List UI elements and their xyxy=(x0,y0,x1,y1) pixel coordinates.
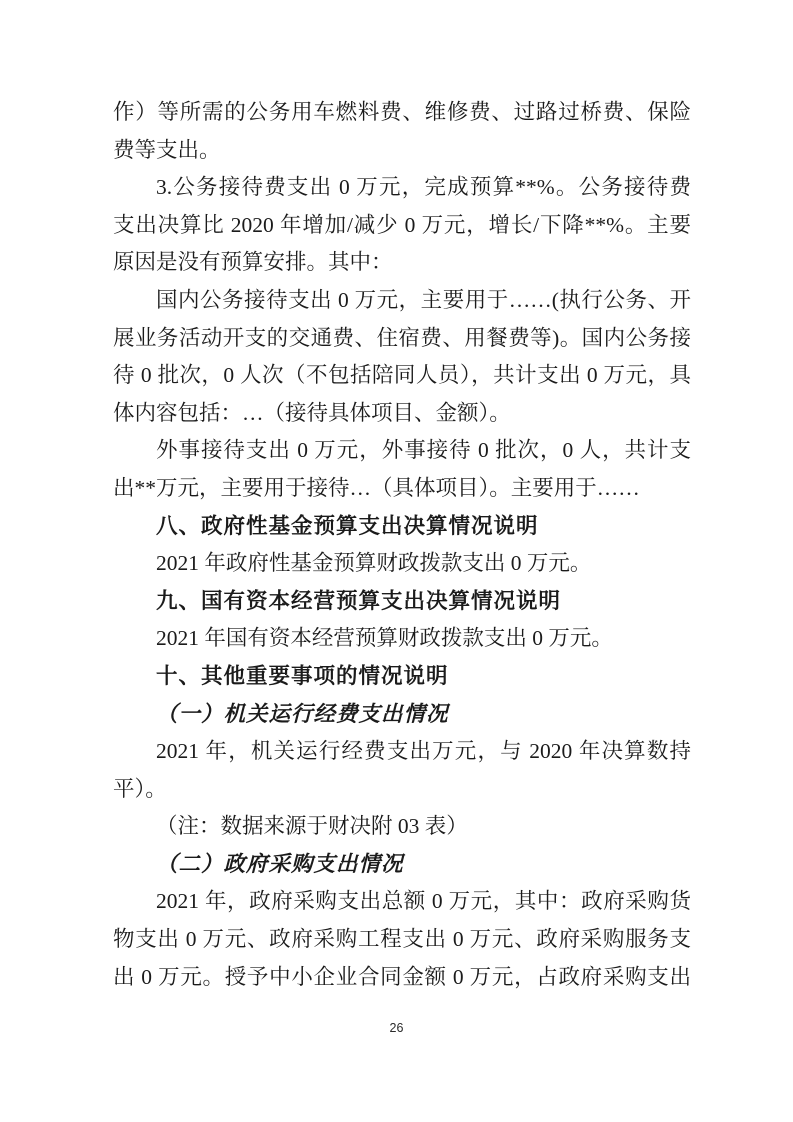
body-line: 出 0 万元。授予中小企业合同金额 0 万元，占政府采购支出 xyxy=(113,959,691,997)
body-line: 2021 年国有资本经营预算财政拨款支出 0 万元。 xyxy=(113,620,691,658)
document-body: 作）等所需的公务用车燃料费、维修费、过路过桥费、保险费等支出。3.公务接待费支出… xyxy=(113,94,691,996)
body-line: 3.公务接待费支出 0 万元，完成预算**%。公务接待费 xyxy=(113,169,691,207)
subsection-heading: （一）机关运行经费支出情况 xyxy=(113,696,691,734)
section-heading: 十、其他重要事项的情况说明 xyxy=(113,658,691,696)
body-line: 支出决算比 2020 年增加/减少 0 万元，增长/下降**%。主要 xyxy=(113,207,691,245)
body-line: 出**万元，主要用于接待…（具体项目）。主要用于…… xyxy=(113,470,691,508)
subsection-heading: （二）政府采购支出情况 xyxy=(113,846,691,884)
body-line: 原因是没有预算安排。其中： xyxy=(113,244,691,282)
body-line: （注：数据来源于财决附 03 表） xyxy=(113,808,691,846)
section-heading: 八、政府性基金预算支出决算情况说明 xyxy=(113,508,691,546)
body-line: 国内公务接待支出 0 万元，主要用于……(执行公务、开 xyxy=(113,282,691,320)
body-line: 待 0 批次，0 人次（不包括陪同人员），共计支出 0 万元，具 xyxy=(113,357,691,395)
body-line: 2021 年，政府采购支出总额 0 万元，其中：政府采购货 xyxy=(113,883,691,921)
body-line: 平）。 xyxy=(113,771,691,809)
body-line: 2021 年，机关运行经费支出万元，与 2020 年决算数持 xyxy=(113,733,691,771)
body-line: 费等支出。 xyxy=(113,132,691,170)
body-line: 物支出 0 万元、政府采购工程支出 0 万元、政府采购服务支 xyxy=(113,921,691,959)
body-line: 展业务活动开支的交通费、住宿费、用餐费等)。国内公务接 xyxy=(113,320,691,358)
page-number: 26 xyxy=(0,1018,793,1038)
document-page: 作）等所需的公务用车燃料费、维修费、过路过桥费、保险费等支出。3.公务接待费支出… xyxy=(0,0,793,1122)
body-line: 2021 年政府性基金预算财政拨款支出 0 万元。 xyxy=(113,545,691,583)
body-line: 体内容包括：…（接待具体项目、金额）。 xyxy=(113,395,691,433)
body-line: 作）等所需的公务用车燃料费、维修费、过路过桥费、保险 xyxy=(113,94,691,132)
body-line: 外事接待支出 0 万元，外事接待 0 批次，0 人，共计支 xyxy=(113,432,691,470)
section-heading: 九、国有资本经营预算支出决算情况说明 xyxy=(113,583,691,621)
